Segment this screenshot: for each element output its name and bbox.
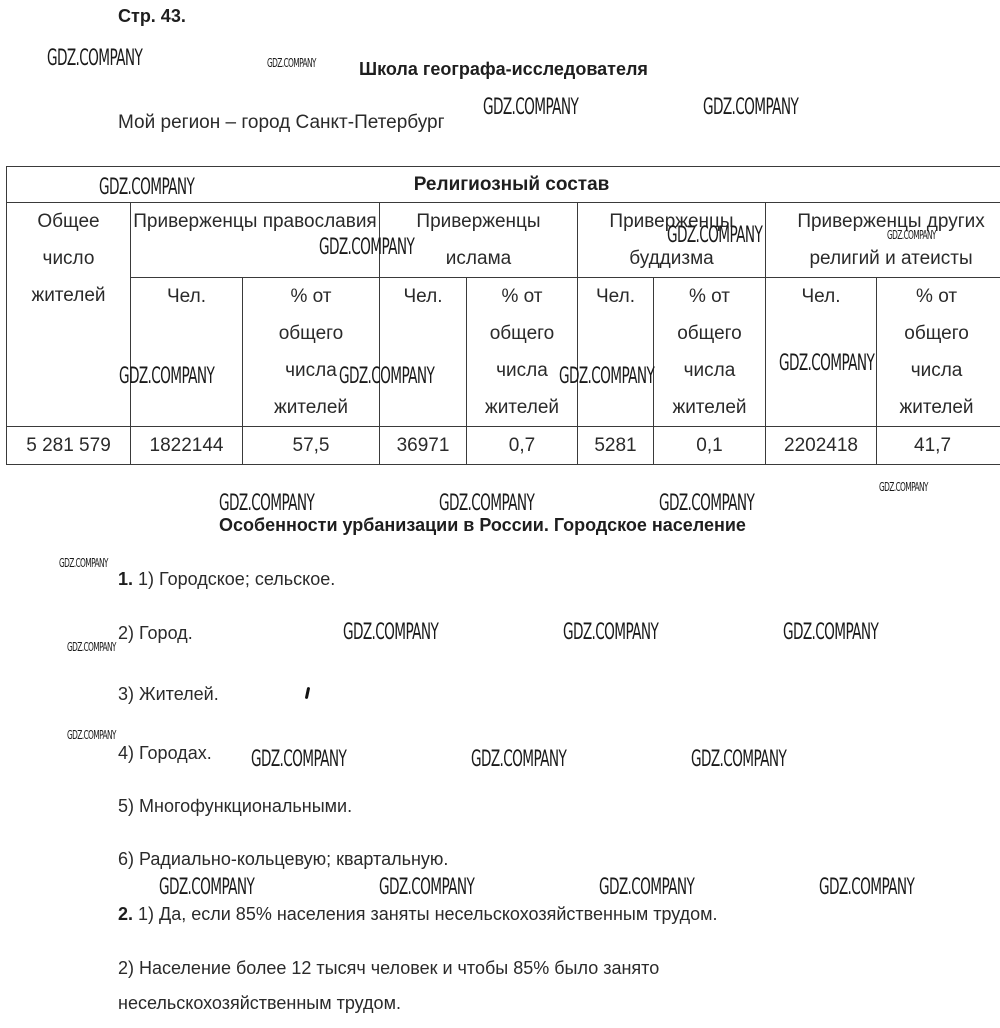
answer-1-6: 6) Радиально-кольцевую; квартальную. — [118, 849, 448, 870]
subheader-other-people: Чел. — [766, 278, 877, 427]
header-total-line-1: Общее — [9, 203, 128, 240]
religious-composition-table: Религиозный состав Общее число жителей П… — [6, 166, 1000, 465]
watermark: GDZ.COMPANY — [67, 640, 116, 654]
watermark: GDZ.COMPANY — [267, 56, 316, 70]
question-number-1: 1. — [118, 569, 133, 589]
watermark: GDZ.COMPANY — [59, 556, 108, 570]
cell-islam-percent: 0,7 — [467, 427, 578, 465]
watermark: GDZ.COMPANY — [819, 875, 914, 900]
header-total-line-3: жителей — [9, 277, 128, 314]
subheader-islam-percent: % от общего числа жителей — [467, 278, 578, 427]
answer-2-2: 2) Население более 12 тысяч человек и чт… — [118, 958, 659, 979]
answer-2-2-continued: несельскохозяйственным трудом. — [118, 993, 401, 1014]
subheader-buddhism-percent: % от общего числа жителей — [654, 278, 766, 427]
cell-buddhism-percent: 0,1 — [654, 427, 766, 465]
watermark: GDZ.COMPANY — [67, 728, 116, 742]
watermark: GDZ.COMPANY — [47, 46, 142, 71]
watermark: GDZ.COMPANY — [251, 747, 346, 772]
cell-orthodox-percent: 57,5 — [243, 427, 380, 465]
table-row: 5 281 579 1822144 57,5 36971 0,7 5281 0,… — [7, 427, 1000, 465]
section-title-urbanization: Особенности урбанизации в России. Городс… — [219, 515, 746, 536]
watermark: GDZ.COMPANY — [343, 620, 438, 645]
page-number-label: Стр. 43. — [118, 6, 186, 27]
watermark: GDZ.COMPANY — [691, 747, 786, 772]
section-title-geographer-school: Школа географа-исследователя — [359, 59, 648, 80]
watermark: GDZ.COMPANY — [379, 875, 474, 900]
cell-islam-people: 36971 — [380, 427, 467, 465]
watermark: GDZ.COMPANY — [703, 95, 798, 120]
watermark: GDZ.COMPANY — [483, 95, 578, 120]
header-buddhism: Приверженцы буддизма — [578, 203, 766, 278]
watermark: GDZ.COMPANY — [783, 620, 878, 645]
answer-1-4: 4) Городах. — [118, 743, 212, 764]
header-total-line-2: число — [9, 240, 128, 277]
watermark: GDZ.COMPANY — [439, 491, 534, 516]
answer-1-1: 1. 1) Городское; сельское. — [118, 569, 335, 590]
region-line: Мой регион – город Санкт-Петербург — [118, 112, 445, 134]
cell-total: 5 281 579 — [7, 427, 131, 465]
ink-mark — [305, 687, 310, 699]
watermark: GDZ.COMPANY — [471, 747, 566, 772]
answer-2-1: 2. 1) Да, если 85% населения заняты несе… — [118, 904, 718, 925]
table-title: Религиозный состав — [7, 167, 1000, 203]
subheader-islam-people: Чел. — [380, 278, 467, 427]
watermark: GDZ.COMPANY — [659, 491, 754, 516]
answer-1-3: 3) Жителей. — [118, 684, 219, 705]
cell-other-percent: 41,7 — [877, 427, 1000, 465]
watermark: GDZ.COMPANY — [599, 875, 694, 900]
header-total-residents: Общее число жителей — [7, 203, 131, 427]
header-other-religions: Приверженцы других религий и атеисты — [766, 203, 1000, 278]
watermark: GDZ.COMPANY — [563, 620, 658, 645]
cell-other-people: 2202418 — [766, 427, 877, 465]
question-number-2: 2. — [118, 904, 133, 924]
answer-1-2: 2) Город. — [118, 623, 193, 644]
cell-buddhism-people: 5281 — [578, 427, 654, 465]
subheader-orthodox-people: Чел. — [131, 278, 243, 427]
answer-1-5: 5) Многофункциональными. — [118, 796, 352, 817]
watermark: GDZ.COMPANY — [879, 480, 928, 494]
answer-text: 1) Да, если 85% населения заняты несельс… — [138, 904, 718, 924]
watermark: GDZ.COMPANY — [159, 875, 254, 900]
watermark: GDZ.COMPANY — [219, 491, 314, 516]
subheader-buddhism-people: Чел. — [578, 278, 654, 427]
answer-text: 1) Городское; сельское. — [138, 569, 335, 589]
subheader-other-percent: % от общего числа жителей — [877, 278, 1000, 427]
subheader-orthodox-percent: % от общего числа жителей — [243, 278, 380, 427]
cell-orthodox-people: 1822144 — [131, 427, 243, 465]
header-orthodox: Приверженцы православия — [131, 203, 380, 278]
header-islam: Приверженцы ислама — [380, 203, 578, 278]
